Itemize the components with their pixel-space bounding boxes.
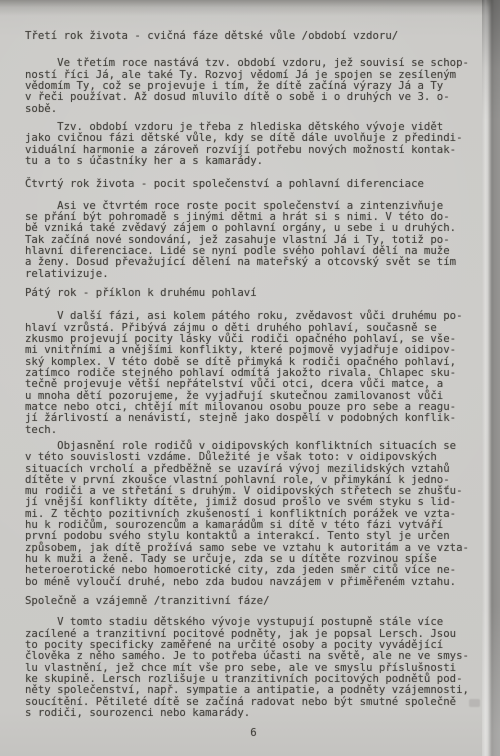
scan-right-edge-shadow — [482, 0, 500, 756]
section-heading-fourth-year: Čtvrtý rok života - pocit společenství a… — [25, 178, 482, 189]
section-heading-tranzitivni-faze: Společně a vzájemně /tranzitivní fáze/ — [25, 595, 482, 606]
paragraph-vzdor-intro: Ve třetím roce nastává tzv. období vzdor… — [25, 57, 482, 114]
paragraph-priklon-k-pohlavi: V další fázi, asi kolem pátého roku, zvě… — [25, 310, 482, 435]
page-content: Třetí rok života - cvičná fáze dětské vů… — [25, 30, 482, 739]
paragraph-spolecenstvi: Asi ve čtvrtém roce roste pocit společen… — [25, 200, 482, 279]
paragraph-vzdor-cvicna-faze: Tzv. období vzdoru je třeba z hlediska d… — [25, 121, 482, 166]
section-heading-third-year: Třetí rok života - cvičná fáze dětské vů… — [25, 30, 482, 41]
page-number: 6 — [25, 727, 482, 738]
scan-top-shadow — [0, 0, 500, 16]
paragraph-oidipovske-situace: Objasnění role rodičů v oidipovských kon… — [25, 440, 482, 587]
paragraph-tranzitivni-podnety: V tomto stadiu dětského vývoje vystupují… — [25, 616, 482, 718]
section-heading-fifth-year: Pátý rok - příklon k druhému pohlaví — [25, 287, 482, 298]
